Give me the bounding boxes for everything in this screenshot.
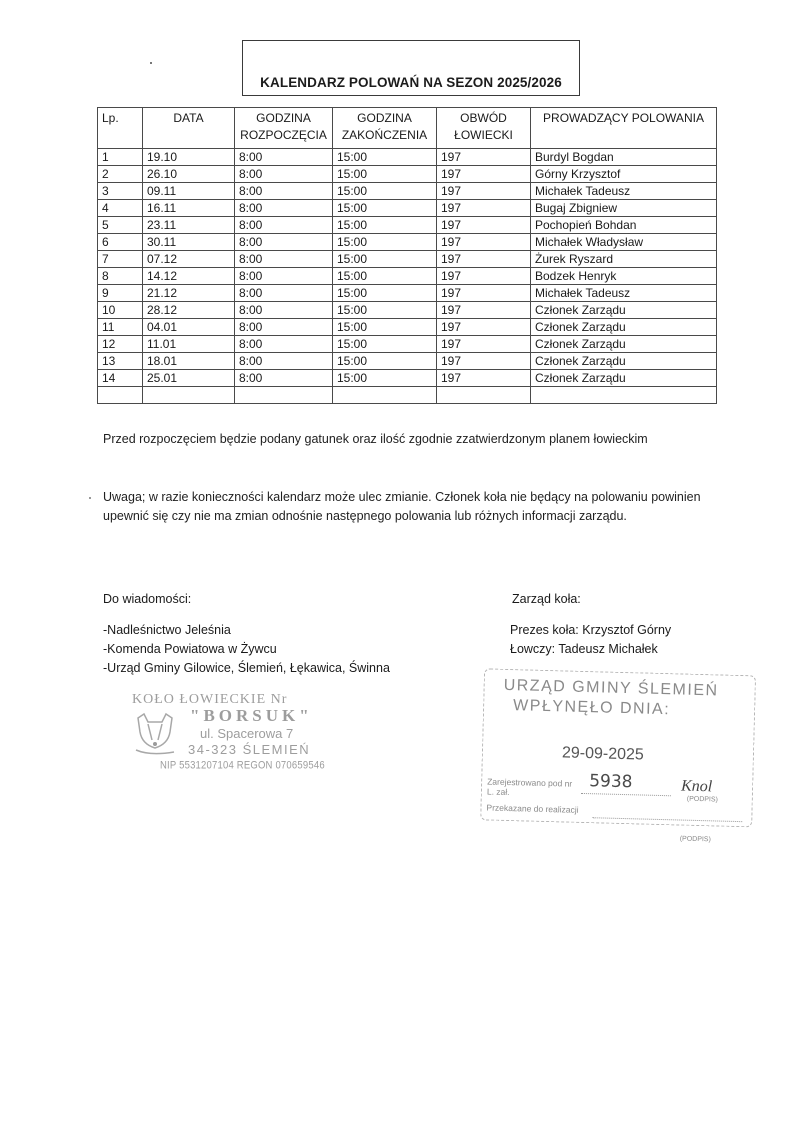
cell-data: 14.12 xyxy=(143,268,235,285)
cell-lp xyxy=(98,387,143,404)
cell-obwod: 197 xyxy=(437,268,531,285)
table-row: 1425.018:0015:00197Członek Zarządu xyxy=(98,370,717,387)
cell-obwod: 197 xyxy=(437,200,531,217)
cell-obwod: 197 xyxy=(437,336,531,353)
cell-end: 15:00 xyxy=(333,302,437,319)
distribution-heading: Do wiadomości: xyxy=(103,592,191,606)
cell-prowadzacy: Burdyl Bogdan xyxy=(531,149,717,166)
scan-speck xyxy=(89,497,91,499)
cell-prowadzacy: Bodzek Henryk xyxy=(531,268,717,285)
stamp-reg-number: 5938 xyxy=(589,771,633,792)
stamp-reg-label: Zarejestrowano pod nr L. zał. xyxy=(487,776,573,798)
cell-lp: 4 xyxy=(98,200,143,217)
cell-lp: 9 xyxy=(98,285,143,302)
board-list: Prezes koła: Krzysztof Górny Łowczy: Tad… xyxy=(510,621,671,659)
warning-paragraph: Uwaga; w razie konieczności kalendarz mo… xyxy=(103,488,703,526)
cell-data: 18.01 xyxy=(143,353,235,370)
cell-end: 15:00 xyxy=(333,336,437,353)
table-row: 226.108:0015:00197Górny Krzysztof xyxy=(98,166,717,183)
cell-prowadzacy: Michałek Tadeusz xyxy=(531,183,717,200)
scan-speck xyxy=(150,62,152,64)
board-member: Prezes koła: Krzysztof Górny xyxy=(510,621,671,640)
title-box: KALENDARZ POLOWAŃ NA SEZON 2025/2026 xyxy=(242,40,580,96)
cell-lp: 12 xyxy=(98,336,143,353)
header-start-time: GODZINAROZPOCZĘCIA xyxy=(235,108,333,149)
distribution-item: -Nadleśnictwo Jeleśnia xyxy=(103,621,390,640)
table-row: 1211.018:0015:00197Członek Zarządu xyxy=(98,336,717,353)
table-row: 1104.018:0015:00197Członek Zarządu xyxy=(98,319,717,336)
cell-prowadzacy: Żurek Ryszard xyxy=(531,251,717,268)
table-row: 707.128:0015:00197Żurek Ryszard xyxy=(98,251,717,268)
cell-start: 8:00 xyxy=(235,166,333,183)
cell-end xyxy=(333,387,437,404)
cell-end: 15:00 xyxy=(333,319,437,336)
cell-prowadzacy: Członek Zarządu xyxy=(531,336,717,353)
table-row: 309.118:0015:00197Michałek Tadeusz xyxy=(98,183,717,200)
cell-end: 15:00 xyxy=(333,183,437,200)
table-row: 814.128:0015:00197Bodzek Henryk xyxy=(98,268,717,285)
distribution-item: -Urząd Gminy Gilowice, Ślemień, Łękawica… xyxy=(103,659,390,678)
cell-start: 8:00 xyxy=(235,234,333,251)
cell-data: 30.11 xyxy=(143,234,235,251)
cell-start: 8:00 xyxy=(235,302,333,319)
cell-prowadzacy: Górny Krzysztof xyxy=(531,166,717,183)
cell-lp: 3 xyxy=(98,183,143,200)
hunting-calendar-table: Lp. DATA GODZINAROZPOCZĘCIA GODZINAZAKOŃ… xyxy=(97,107,717,404)
table-row: 119.108:0015:00197Burdyl Bogdan xyxy=(98,149,717,166)
species-note: Przed rozpoczęciem będzie podany gatunek… xyxy=(103,432,648,446)
cell-data: 28.12 xyxy=(143,302,235,319)
cell-obwod: 197 xyxy=(437,149,531,166)
cell-end: 15:00 xyxy=(333,353,437,370)
cell-data xyxy=(143,387,235,404)
cell-end: 15:00 xyxy=(333,234,437,251)
cell-obwod: 197 xyxy=(437,251,531,268)
cell-obwod xyxy=(437,387,531,404)
cell-prowadzacy: Michałek Władysław xyxy=(531,234,717,251)
cell-end: 15:00 xyxy=(333,251,437,268)
stamp-club-city: 34-323 ŚLEMIEŃ xyxy=(188,742,310,757)
stamp-club-ids: NIP 5531207104 REGON 070659546 xyxy=(160,759,325,772)
cell-data: 07.12 xyxy=(143,251,235,268)
table-row: 523.118:0015:00197Pochopień Bohdan xyxy=(98,217,717,234)
table-row xyxy=(98,387,717,404)
badger-icon xyxy=(130,710,180,760)
cell-prowadzacy: Pochopień Bohdan xyxy=(531,217,717,234)
distribution-item: -Komenda Powiatowa w Żywcu xyxy=(103,640,390,659)
cell-data: 19.10 xyxy=(143,149,235,166)
cell-prowadzacy: Członek Zarządu xyxy=(531,370,717,387)
cell-prowadzacy: Członek Zarządu xyxy=(531,353,717,370)
cell-end: 15:00 xyxy=(333,268,437,285)
header-leader: PROWADZĄCY POLOWANIA xyxy=(531,108,717,149)
cell-obwod: 197 xyxy=(437,302,531,319)
cell-lp: 1 xyxy=(98,149,143,166)
cell-data: 25.01 xyxy=(143,370,235,387)
cell-end: 15:00 xyxy=(333,217,437,234)
cell-obwod: 197 xyxy=(437,285,531,302)
cell-lp: 11 xyxy=(98,319,143,336)
cell-data: 11.01 xyxy=(143,336,235,353)
cell-start: 8:00 xyxy=(235,200,333,217)
cell-start: 8:00 xyxy=(235,183,333,200)
header-district: OBWÓDŁOWIECKI xyxy=(437,108,531,149)
cell-lp: 14 xyxy=(98,370,143,387)
cell-lp: 5 xyxy=(98,217,143,234)
cell-obwod: 197 xyxy=(437,217,531,234)
table-row: 1028.128:0015:00197Członek Zarządu xyxy=(98,302,717,319)
board-heading: Zarząd koła: xyxy=(512,592,581,606)
cell-obwod: 197 xyxy=(437,166,531,183)
cell-lp: 6 xyxy=(98,234,143,251)
cell-obwod: 197 xyxy=(437,319,531,336)
cell-data: 23.11 xyxy=(143,217,235,234)
header-end-time: GODZINAZAKOŃCZENIA xyxy=(333,108,437,149)
table-row: 1318.018:0015:00197Członek Zarządu xyxy=(98,353,717,370)
cell-start: 8:00 xyxy=(235,370,333,387)
distribution-list: -Nadleśnictwo Jeleśnia -Komenda Powiatow… xyxy=(103,621,390,678)
office-received-stamp: URZĄD GMINY ŚLEMIEŃ WPŁYNĘŁO DNIA: 29-09… xyxy=(480,668,766,835)
cell-prowadzacy xyxy=(531,387,717,404)
stamp-signature: Knol xyxy=(681,778,713,797)
stamp-club-street: ul. Spacerowa 7 xyxy=(200,726,293,741)
cell-end: 15:00 xyxy=(333,200,437,217)
cell-prowadzacy: Członek Zarządu xyxy=(531,302,717,319)
cell-end: 15:00 xyxy=(333,370,437,387)
cell-data: 26.10 xyxy=(143,166,235,183)
cell-lp: 13 xyxy=(98,353,143,370)
table-row: 630.118:0015:00197Michałek Władysław xyxy=(98,234,717,251)
cell-start: 8:00 xyxy=(235,353,333,370)
cell-obwod: 197 xyxy=(437,183,531,200)
header-lp: Lp. xyxy=(98,108,143,149)
cell-obwod: 197 xyxy=(437,353,531,370)
cell-prowadzacy: Bugaj Zbigniew xyxy=(531,200,717,217)
cell-obwod: 197 xyxy=(437,234,531,251)
document-title: KALENDARZ POLOWAŃ NA SEZON 2025/2026 xyxy=(243,75,579,90)
cell-end: 15:00 xyxy=(333,166,437,183)
cell-start: 8:00 xyxy=(235,319,333,336)
cell-data: 09.11 xyxy=(143,183,235,200)
cell-start: 8:00 xyxy=(235,251,333,268)
cell-lp: 7 xyxy=(98,251,143,268)
cell-start xyxy=(235,387,333,404)
cell-start: 8:00 xyxy=(235,268,333,285)
cell-end: 15:00 xyxy=(333,149,437,166)
table-header-row: Lp. DATA GODZINAROZPOCZĘCIA GODZINAZAKOŃ… xyxy=(98,108,717,149)
cell-end: 15:00 xyxy=(333,285,437,302)
cell-start: 8:00 xyxy=(235,149,333,166)
table-row: 921.128:0015:00197Michałek Tadeusz xyxy=(98,285,717,302)
cell-prowadzacy: Członek Zarządu xyxy=(531,319,717,336)
cell-lp: 8 xyxy=(98,268,143,285)
board-member: Łowczy: Tadeusz Michałek xyxy=(510,640,671,659)
cell-start: 8:00 xyxy=(235,336,333,353)
stamp-podpis-label-2: (PODPIS) xyxy=(680,836,711,844)
cell-start: 8:00 xyxy=(235,285,333,302)
stamp-club-title: "BORSUK" xyxy=(190,706,313,726)
cell-data: 16.11 xyxy=(143,200,235,217)
club-stamp: KOŁO ŁOWIECKIE Nr "BORSUK" ul. Spacerowa… xyxy=(120,692,350,784)
cell-lp: 10 xyxy=(98,302,143,319)
cell-data: 04.01 xyxy=(143,319,235,336)
stamp-podpis-label: (PODPIS) xyxy=(687,796,718,804)
header-data: DATA xyxy=(143,108,235,149)
cell-obwod: 197 xyxy=(437,370,531,387)
stamp-received-date: 29-09-2025 xyxy=(562,744,644,764)
cell-prowadzacy: Michałek Tadeusz xyxy=(531,285,717,302)
table-row: 416.118:0015:00197Bugaj Zbigniew xyxy=(98,200,717,217)
cell-data: 21.12 xyxy=(143,285,235,302)
cell-start: 8:00 xyxy=(235,217,333,234)
cell-lp: 2 xyxy=(98,166,143,183)
